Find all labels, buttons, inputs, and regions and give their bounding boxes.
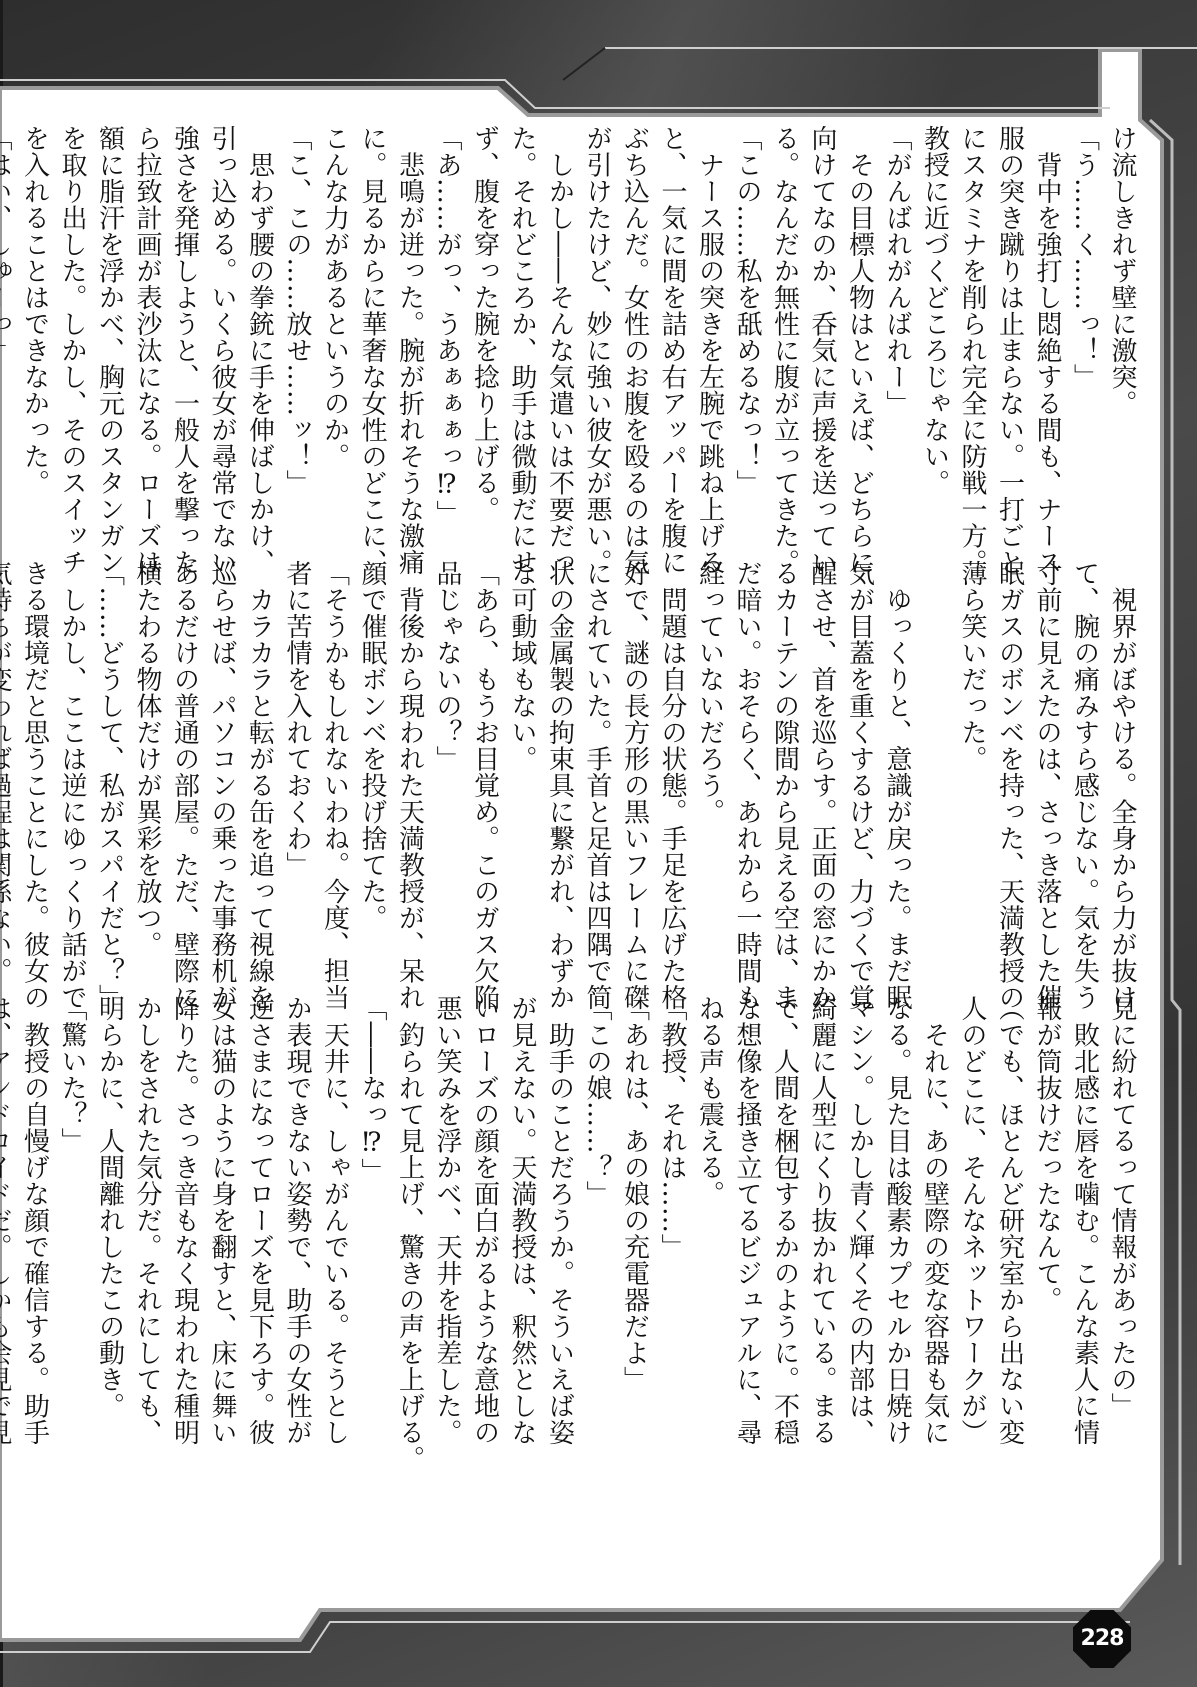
text-column: カラカラと転がる缶を追って視線を [240, 560, 278, 990]
text-column: ナース服の突きを左腕で跳ね上げる [690, 125, 728, 555]
text-column: しかし、ここは逆にゆっくり話がで [53, 560, 91, 990]
text-column: 綺麗に人型にくり抜かれている。まる [803, 995, 841, 1435]
text-column: 釣られて見上げ、驚きの声を上げる。 [390, 995, 428, 1435]
text-column: な可動域もない。 [503, 560, 541, 990]
text-column: なる。見た目は酸素カプセルか日焼け [878, 995, 916, 1435]
text-column: 「――なっ⁉」 [353, 995, 391, 1435]
text-column: ねる声も震える。 [690, 995, 728, 1435]
text-column: あるだけの普通の部屋。ただ、壁際に [165, 560, 203, 990]
text-column: た。それどころか、助手は微動だにせ [503, 125, 541, 555]
text-column: 教授の自慢げな顔で確信する。助手 [15, 995, 53, 1435]
text-column: ず、腹を穿った腕を捻り上げる。 [465, 125, 503, 555]
text-column: だ暗い。おそらく、あれから一時間も [728, 560, 766, 990]
text-column: 「あれは、あの娘の充電器だよ」 [615, 995, 653, 1435]
text-column: きる環境だと思うことにした。彼女の [15, 560, 53, 990]
text-column: 「はい、しゅーっ」 [0, 125, 15, 555]
text-column: 敗北感に唇を噛む。こんな素人に情 [1065, 995, 1103, 1435]
text-column: 寸前に見えたのは、さっき落とした催 [1028, 560, 1066, 990]
text-column: 天井に、しゃがんでいる。そうとし [315, 995, 353, 1435]
text-column: な想像を掻き立てるビジュアルに、尋 [728, 995, 766, 1435]
text-column: が引けたけど、妙に強い彼女が悪い。 [578, 125, 616, 555]
text-column: 「あら、もうお目覚め。このガス欠陥 [465, 560, 503, 990]
text-column: （でも、ほとんど研究室から出ない変 [990, 995, 1028, 1435]
text-column: 悲鳴が迸った。腕が折れそうな激痛 [390, 125, 428, 555]
text-column: にスタミナを削られ完全に防戦一方。 [953, 125, 991, 555]
text-tier-middle: 視界がぼやける。全身から力が抜けて、腕の痛みすら感じない。気を失う寸前に見えたの… [140, 560, 1140, 990]
text-column: しかし――そんな気遣いは不要だっ [540, 125, 578, 555]
text-column: 「この……私を舐めるなっ！」 [728, 125, 766, 555]
text-column: るカーテンの隙間から見える空は、ま [765, 560, 803, 990]
text-column: 人のどこに、そんなネットワークが） [953, 995, 991, 1435]
text-column: 「この娘……？」 [578, 995, 616, 1435]
text-column: に。見るからに華奢な女性のどこに、 [353, 125, 391, 555]
text-column: 気が目蓋を重くするけど、力づくで覚 [840, 560, 878, 990]
text-column: 見に紛れてるって情報があったの」 [1103, 995, 1141, 1435]
text-column: かしをされた気分だ。それにしても、 [128, 995, 166, 1435]
text-column: け流しきれず壁に激突。 [1103, 125, 1141, 555]
text-column: こんな力があるというのか。 [315, 125, 353, 555]
text-column: 服の突き蹴りは止まらない。一打ごと [990, 125, 1028, 555]
text-column: と、一気に間を詰め右アッパーを腹に [653, 125, 691, 555]
text-column: ら拉致計画が表沙汰になる。ローズは [128, 125, 166, 555]
text-column: いローズの顔を面白がるような意地の [465, 995, 503, 1435]
text-column: 背中を強打し悶絶する間も、ナース [1028, 125, 1066, 555]
text-column: 「そうかもしれないわね。今度、担当 [315, 560, 353, 990]
text-tier-top: け流しきれず壁に激突。「う……く……っ！」 背中を強打し悶絶する間も、ナース服の… [140, 125, 1140, 555]
text-column: 強さを発揮しようと、一般人を撃った [165, 125, 203, 555]
text-column: 巡らせば、パソコンの乗った事務机が [203, 560, 241, 990]
text-column: 薄ら笑いだった。 [953, 560, 991, 990]
text-column: ゆっくりと、意識が戻った。まだ眠 [878, 560, 916, 990]
text-column: 悪い笑みを浮かべ、天井を指差した。 [428, 995, 466, 1435]
text-column: 状の金属製の拘束具に繋がれ、わずか [540, 560, 578, 990]
text-column: を入れることはできなかった。 [15, 125, 53, 555]
text-column: 「……どうして、私がスパイだと？」 [90, 560, 128, 990]
text-column: 好で、謎の長方形の黒いフレームに磔 [615, 560, 653, 990]
text-column: 経っていないだろう。 [690, 560, 728, 990]
text-column: 品じゃないの？」 [428, 560, 466, 990]
text-column: は、アンドロイドだ。しかも会見で見 [0, 995, 15, 1435]
text-column [915, 560, 953, 990]
text-column: 背後から現われた天満教授が、呆れ [390, 560, 428, 990]
text-column: 顔で催眠ボンベを投げ捨てた。 [353, 560, 391, 990]
text-column: 者に苦情を入れておくわ」 [278, 560, 316, 990]
text-column: 明らかに、人間離れしたこの動き。 [90, 995, 128, 1435]
text-column: 「あ……がっ、うあぁぁぁっ⁉」 [428, 125, 466, 555]
text-column: 助手のことだろうか。そういえば姿 [540, 995, 578, 1435]
text-column: る。なんだか無性に腹が立ってきた。 [765, 125, 803, 555]
text-column: ぶち込んだ。女性のお腹を殴るのは気 [615, 125, 653, 555]
text-column: 教授に近づくどころじゃない。 [915, 125, 953, 555]
text-column: か表現できない姿勢で、助手の女性が [278, 995, 316, 1435]
text-column: 女は猫のように身を翻すと、床に舞い [203, 995, 241, 1435]
text-column: 向けてなのか、呑気に声援を送ってい [803, 125, 841, 555]
text-column: 降りた。さっき音もなく現われた種明 [165, 995, 203, 1435]
text-column: 「教授、それは……」 [653, 995, 691, 1435]
text-tier-bottom: 見に紛れてるって情報があったの」 敗北感に唇を噛む。こんな素人に情報が筒抜けだっ… [140, 995, 1140, 1435]
text-column: 引っ込める。いくら彼女が尋常でない [203, 125, 241, 555]
text-column: 眠ガスのボンベを持った、天満教授の [990, 560, 1028, 990]
text-column: で、人間を梱包するかのように。不穏 [765, 995, 803, 1435]
text-column: 問題は自分の状態。手足を広げた格 [653, 560, 691, 990]
text-column: にされていた。手首と足首は四隅で简 [578, 560, 616, 990]
text-column: 醒させ、首を巡らす。正面の窓にかか [803, 560, 841, 990]
text-column: 「驚いた？」 [53, 995, 91, 1435]
text-column: 報が筒抜けだったなんて。 [1028, 995, 1066, 1435]
text-column: 思わず腰の拳銃に手を伸ばしかけ、 [240, 125, 278, 555]
text-column: マシン。しかし青く輝くその内部は、 [840, 995, 878, 1435]
text-column: その目標人物はといえば、どちらに [840, 125, 878, 555]
text-column: 「こ、この……放せ……ッ！」 [278, 125, 316, 555]
text-column: 「がんばれがんばれー」 [878, 125, 916, 555]
text-column: 「う……く……っ！」 [1065, 125, 1103, 555]
text-column: 額に脂汗を浮かべ、胸元のスタンガン [90, 125, 128, 555]
text-column: が見えない。天満教授は、釈然としな [503, 995, 541, 1435]
text-column: 横たわる物体だけが異彩を放つ。 [128, 560, 166, 990]
text-column: 気持ちが変われば過程は関係ない。 [0, 560, 15, 990]
text-column: それに、あの壁際の変な容器も気に [915, 995, 953, 1435]
text-column: て、腕の痛みすら感じない。気を失う [1065, 560, 1103, 990]
text-column: 逆さまになってローズを見下ろす。彼 [240, 995, 278, 1435]
text-column: 視界がぼやける。全身から力が抜け [1103, 560, 1141, 990]
text-body: け流しきれず壁に激突。「う……く……っ！」 背中を強打し悶絶する間も、ナース服の… [140, 125, 1140, 1605]
text-column: を取り出した。しかし、そのスイッチ [53, 125, 91, 555]
